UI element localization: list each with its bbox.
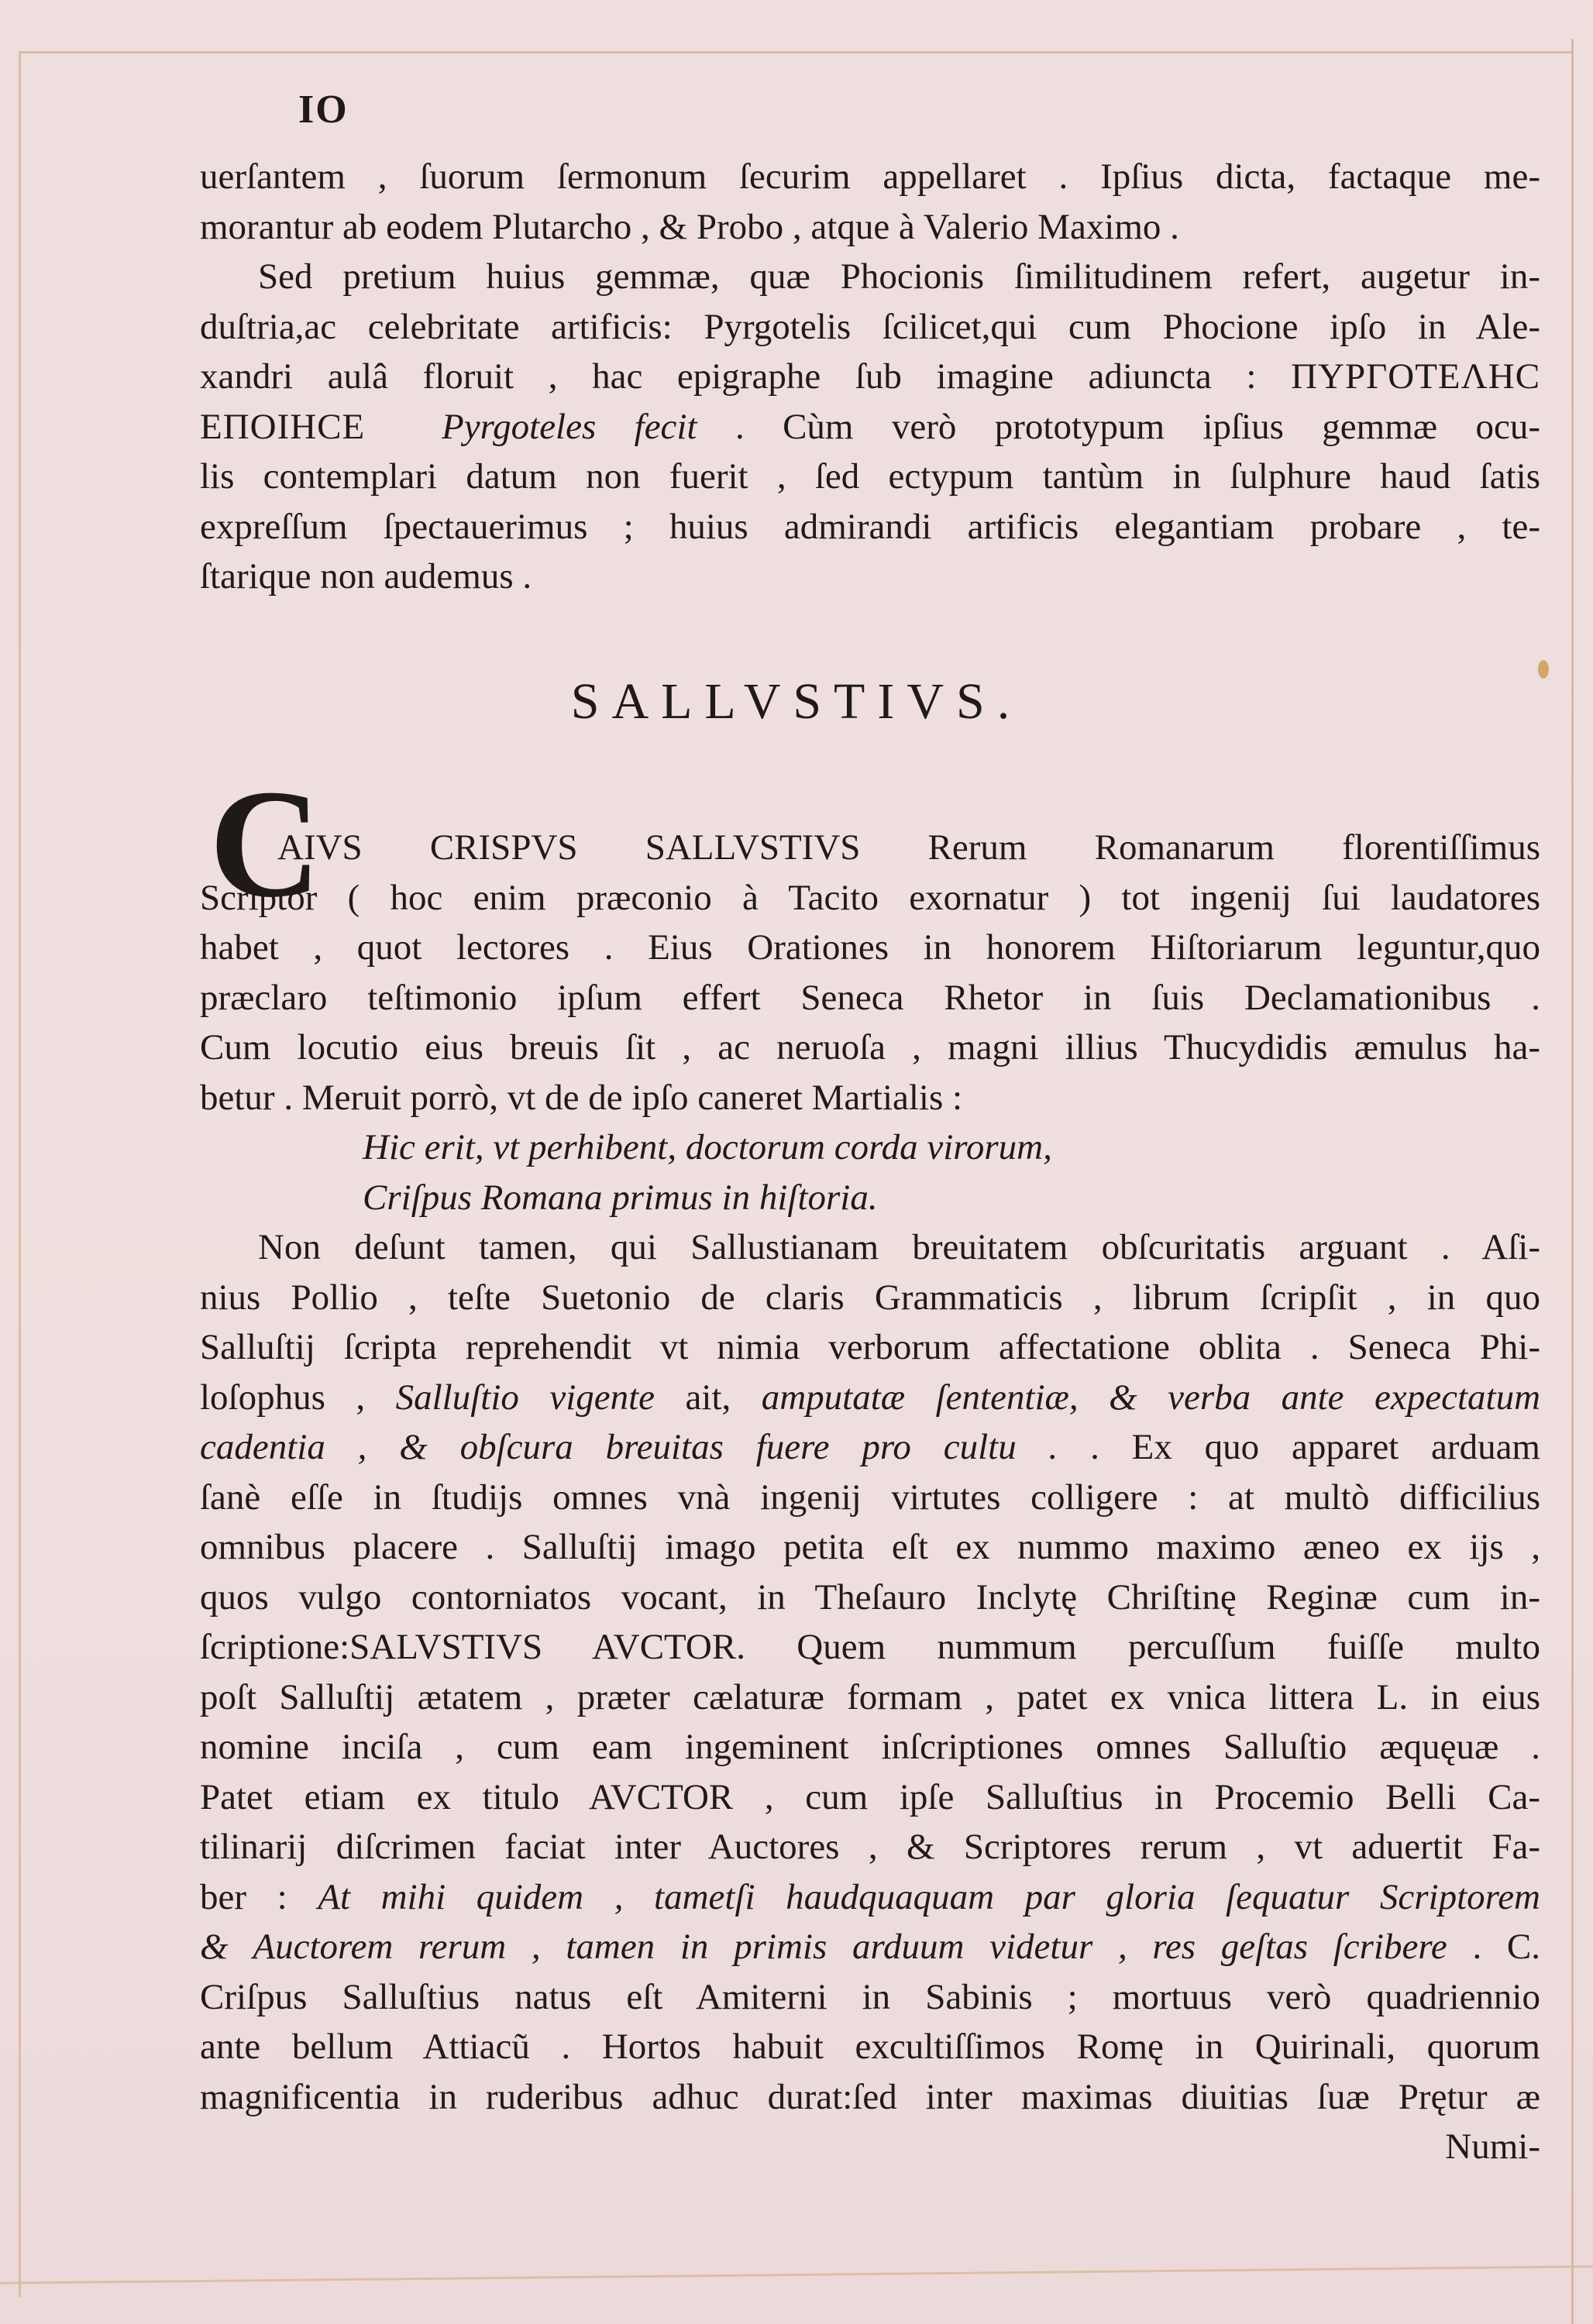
page-border-right: [1571, 39, 1574, 2324]
text-line: loſophus , Salluſtio vigente ait, amputa…: [200, 1373, 1540, 1423]
text-line: ante bellum Attiacũ . Hortos habuit excu…: [200, 2022, 1540, 2072]
text-line: ΕΠΟΙΗϹΕ Pyrgoteles fecit . Cùm verò prot…: [200, 402, 1540, 452]
text-line: quos vulgo contorniatos vocant, in Theſa…: [200, 1573, 1540, 1623]
text-line: Patet etiam ex titulo AVCTOR , cum ipſe …: [200, 1772, 1540, 1823]
text-line: ſcriptione:SALVSTIVS AVCTOR. Quem nummum…: [200, 1622, 1540, 1673]
text-line: præclaro teſtimonio ipſum effert Seneca …: [200, 973, 1540, 1023]
text-line: omnibus placere . Salluſtij imago petita…: [200, 1522, 1540, 1573]
text-line: Salluſtij ſcripta reprehendit vt nimia v…: [200, 1322, 1540, 1373]
text-line: cadentia , & obſcura breuitas fuere pro …: [200, 1422, 1540, 1473]
text-line: & Auctorem rerum , tamen in primis arduu…: [200, 1922, 1540, 1972]
text-line: Non deſunt tamen, qui Sallustianam breui…: [200, 1222, 1540, 1273]
text-line: nomine inciſa , cum eam ingeminent inſcr…: [200, 1722, 1540, 1772]
page-border-bottom: [0, 2265, 1593, 2284]
text-line: Criſpus Salluſtius natus eſt Amiterni in…: [200, 1972, 1540, 2023]
text-line: Cum locutio eius breuis ſit , ac neruoſa…: [200, 1023, 1540, 1073]
text-line: betur . Meruit porrò, vt de de ipſo cane…: [200, 1073, 1540, 1123]
page-border-top: [19, 51, 1573, 53]
text-line: nius Pollio , teſte Suetonio de claris G…: [200, 1273, 1540, 1323]
text-line: AIVS CRISPVS SALLVSTIVS Rerum Romanarum …: [200, 823, 1540, 873]
text-line: expreſſum ſpectauerimus ; huius admirand…: [200, 502, 1540, 552]
text-line: magnificentia in ruderibus adhuc durat:ſ…: [200, 2072, 1540, 2123]
verse-line: Hic erit, vt perhibent, doctorum corda v…: [200, 1122, 1540, 1173]
section-heading: SALLVSTIVS.: [0, 672, 1593, 731]
text-line: ſanè eſſe in ſtudijs omnes vnà ingenij v…: [200, 1473, 1540, 1523]
text-block-top: uerſantem , ſuorum ſermonum ſecurim appe…: [200, 152, 1540, 602]
verse-line: Criſpus Romana primus in hiſtoria.: [200, 1173, 1540, 1223]
text-line: xandri aulâ floruit , hac epigraphe ſub …: [200, 352, 1540, 402]
page-number: IO: [298, 87, 349, 132]
catchword: Numi-: [200, 2122, 1540, 2172]
text-line: morantur ab eodem Plutarcho , & Probo , …: [200, 202, 1540, 253]
greek-inscription: ΠΥΡΓΟΤΕΛΗϹ: [1291, 356, 1540, 397]
text-line: uerſantem , ſuorum ſermonum ſecurim appe…: [200, 152, 1540, 202]
text-block-main: AIVS CRISPVS SALLVSTIVS Rerum Romanarum …: [200, 823, 1540, 2172]
text-line: ber : At mihi quidem , tametſi haudquaqu…: [200, 1872, 1540, 1923]
text-line: tilinarij diſcrimen faciat inter Auctore…: [200, 1822, 1540, 1872]
text-line: duſtria,ac celebritate artificis: Pyrgot…: [200, 302, 1540, 352]
text-line: lis contemplari datum non fuerit , ſed e…: [200, 452, 1540, 502]
text-line: Scriptor ( hoc enim præconio à Tacito ex…: [200, 873, 1540, 923]
text-line: habet , quot lectores . Eius Orationes i…: [200, 923, 1540, 973]
greek-inscription: ΕΠΟΙΗϹΕ: [200, 407, 365, 447]
text-line: ſtarique non audemus .: [200, 552, 1540, 602]
page-border-left: [19, 51, 21, 2298]
text-line: Sed pretium huius gemmæ, quæ Phocionis ſ…: [200, 252, 1540, 302]
book-page: IO uerſantem , ſuorum ſermonum ſecurim a…: [0, 0, 1593, 2324]
text-line: poſt Salluſtij ætatem , præter cælaturæ …: [200, 1673, 1540, 1723]
